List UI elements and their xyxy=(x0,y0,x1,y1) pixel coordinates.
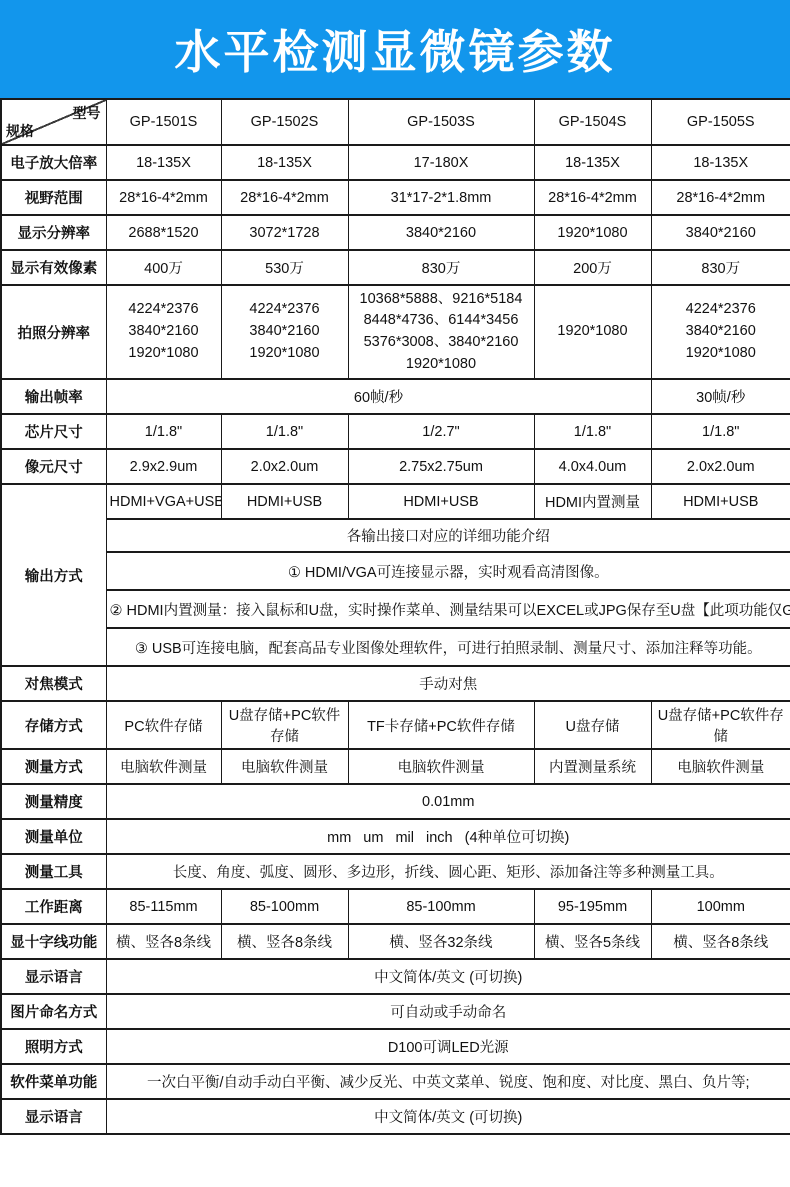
header-banner: 水平检测显微镜参数 xyxy=(0,0,790,98)
model-header: GP-1502S xyxy=(221,99,348,145)
spec-cell: 内置测量系统 xyxy=(534,749,651,784)
model-header: GP-1505S xyxy=(651,99,790,145)
spec-table: 型号 规格 GP-1501S GP-1502S GP-1503S GP-1504… xyxy=(0,98,790,1135)
row-magnification: 电子放大倍率 18-135X 18-135X 17-180X 18-135X 1… xyxy=(1,145,790,180)
row-label: 拍照分辨率 xyxy=(1,285,106,379)
spec-cell: 85-100mm xyxy=(221,889,348,924)
row-label: 视野范围 xyxy=(1,180,106,215)
row-focus-mode: 对焦模式 手动对焦 xyxy=(1,666,790,701)
model-header: GP-1504S xyxy=(534,99,651,145)
row-label: 存储方式 xyxy=(1,701,106,749)
row-output-note-2: ② HDMI内置测量：接入鼠标和U盘，实时操作菜单、测量结果可以EXCEL或JP… xyxy=(1,590,790,628)
spec-cell-merged: mm um mil inch (4种单位可切换) xyxy=(106,819,790,854)
spec-cell: 横、竖各8条线 xyxy=(106,924,221,959)
row-output-framerate: 输出帧率 60帧/秒 30帧/秒 xyxy=(1,379,790,414)
row-label: 显示语言 xyxy=(1,959,106,994)
spec-cell: U盘存储 xyxy=(534,701,651,749)
row-photo-resolution: 拍照分辨率 4224*2376 3840*2160 1920*1080 4224… xyxy=(1,285,790,379)
row-measurement-units: 测量单位 mm um mil inch (4种单位可切换) xyxy=(1,819,790,854)
spec-cell: 85-100mm xyxy=(348,889,534,924)
row-output-intro: 各输出接口对应的详细功能介绍 xyxy=(1,519,790,552)
corner-cell: 型号 规格 xyxy=(1,99,106,145)
row-image-naming: 图片命名方式 可自动或手动命名 xyxy=(1,994,790,1029)
row-label: 工作距离 xyxy=(1,889,106,924)
spec-cell-merged: 各输出接口对应的详细功能介绍 xyxy=(106,519,790,552)
spec-cell: 10368*5888、9216*5184 8448*4736、6144*3456… xyxy=(348,285,534,379)
spec-cell: 2688*1520 xyxy=(106,215,221,250)
spec-cell: 4224*2376 3840*2160 1920*1080 xyxy=(221,285,348,379)
spec-cell: 电脑软件测量 xyxy=(221,749,348,784)
row-label: 照明方式 xyxy=(1,1029,106,1064)
spec-cell: 横、竖各32条线 xyxy=(348,924,534,959)
spec-cell: 4.0x4.0um xyxy=(534,449,651,484)
row-output-note-3: ③ USB可连接电脑，配套高品专业图像处理软件，可进行拍照录制、测量尺寸、添加注… xyxy=(1,628,790,666)
spec-cell: PC软件存储 xyxy=(106,701,221,749)
spec-cell: 3840*2160 xyxy=(348,215,534,250)
row-crosshair: 显十字线功能 横、竖各8条线 横、竖各8条线 横、竖各32条线 横、竖各5条线 … xyxy=(1,924,790,959)
spec-cell: 100mm xyxy=(651,889,790,924)
row-label: 图片命名方式 xyxy=(1,994,106,1029)
row-label: 显示分辨率 xyxy=(1,215,106,250)
row-measurement-tools: 测量工具 长度、角度、弧度、圆形、多边形，折线、圆心距、矩形、添加备注等多种测量… xyxy=(1,854,790,889)
spec-cell: 400万 xyxy=(106,250,221,285)
spec-cell-merged: 中文简体/英文 (可切换) xyxy=(106,959,790,994)
spec-cell: HDMI内置测量 xyxy=(534,484,651,519)
row-display-language: 显示语言 中文简体/英文 (可切换) xyxy=(1,959,790,994)
row-illumination: 照明方式 D100可调LED光源 xyxy=(1,1029,790,1064)
row-label: 对焦模式 xyxy=(1,666,106,701)
spec-cell: 2.0x2.0um xyxy=(651,449,790,484)
row-label: 显示语言 xyxy=(1,1099,106,1134)
spec-cell-merged: 长度、角度、弧度、圆形、多边形，折线、圆心距、矩形、添加备注等多种测量工具。 xyxy=(106,854,790,889)
spec-cell-merged: 0.01mm xyxy=(106,784,790,819)
row-label: 测量方式 xyxy=(1,749,106,784)
spec-cell: 85-115mm xyxy=(106,889,221,924)
spec-note: ③ USB可连接电脑，配套高品专业图像处理软件，可进行拍照录制、测量尺寸、添加注… xyxy=(106,628,790,666)
spec-cell: 电脑软件测量 xyxy=(106,749,221,784)
spec-cell: 3072*1728 xyxy=(221,215,348,250)
row-measurement-mode: 测量方式 电脑软件测量 电脑软件测量 电脑软件测量 内置测量系统 电脑软件测量 xyxy=(1,749,790,784)
spec-cell: 17-180X xyxy=(348,145,534,180)
spec-cell: 3840*2160 xyxy=(651,215,790,250)
spec-cell: U盘存储+PC软件存储 xyxy=(651,701,790,749)
spec-cell: 4224*2376 3840*2160 1920*1080 xyxy=(651,285,790,379)
spec-cell: 横、竖各8条线 xyxy=(651,924,790,959)
spec-cell: 18-135X xyxy=(651,145,790,180)
spec-cell: HDMI+VGA+USB xyxy=(106,484,221,519)
spec-cell: 28*16-4*2mm xyxy=(651,180,790,215)
spec-cell: 1920*1080 xyxy=(534,215,651,250)
spec-cell: 2.0x2.0um xyxy=(221,449,348,484)
row-label: 软件菜单功能 xyxy=(1,1064,106,1099)
model-header: GP-1501S xyxy=(106,99,221,145)
table-header-row: 型号 规格 GP-1501S GP-1502S GP-1503S GP-1504… xyxy=(1,99,790,145)
row-label: 显示有效像素 xyxy=(1,250,106,285)
row-label: 测量工具 xyxy=(1,854,106,889)
spec-cell-merged: 一次白平衡/自动手动白平衡、减少反光、中英文菜单、锐度、饱和度、对比度、黑白、负… xyxy=(106,1064,790,1099)
row-output-interfaces: 输出方式 HDMI+VGA+USB HDMI+USB HDMI+USB HDMI… xyxy=(1,484,790,519)
row-label: 测量单位 xyxy=(1,819,106,854)
spec-cell: HDMI+USB xyxy=(651,484,790,519)
spec-cell: 830万 xyxy=(348,250,534,285)
row-label: 电子放大倍率 xyxy=(1,145,106,180)
row-display-language-2: 显示语言 中文简体/英文 (可切换) xyxy=(1,1099,790,1134)
spec-cell: 28*16-4*2mm xyxy=(106,180,221,215)
row-storage: 存储方式 PC软件存储 U盘存储+PC软件存储 TF卡存储+PC软件存储 U盘存… xyxy=(1,701,790,749)
row-label: 显十字线功能 xyxy=(1,924,106,959)
page-title: 水平检测显微镜参数 xyxy=(175,16,616,82)
spec-cell: 530万 xyxy=(221,250,348,285)
row-working-distance: 工作距离 85-115mm 85-100mm 85-100mm 95-195mm… xyxy=(1,889,790,924)
row-label: 输出方式 xyxy=(1,484,106,666)
spec-cell: 18-135X xyxy=(106,145,221,180)
spec-cell: 横、竖各5条线 xyxy=(534,924,651,959)
spec-cell: 1/1.8" xyxy=(651,414,790,449)
corner-label-spec: 规格 xyxy=(6,121,34,141)
spec-cell: 30帧/秒 xyxy=(651,379,790,414)
model-header: GP-1503S xyxy=(348,99,534,145)
spec-cell: 18-135X xyxy=(534,145,651,180)
spec-cell: 28*16-4*2mm xyxy=(534,180,651,215)
row-measurement-precision: 测量精度 0.01mm xyxy=(1,784,790,819)
spec-cell-merged: D100可调LED光源 xyxy=(106,1029,790,1064)
spec-cell: 1/2.7" xyxy=(348,414,534,449)
spec-cell: TF卡存储+PC软件存储 xyxy=(348,701,534,749)
row-display-resolution: 显示分辨率 2688*1520 3072*1728 3840*2160 1920… xyxy=(1,215,790,250)
spec-cell-merged: 手动对焦 xyxy=(106,666,790,701)
spec-cell: 横、竖各8条线 xyxy=(221,924,348,959)
spec-cell: 830万 xyxy=(651,250,790,285)
spec-cell: 1/1.8" xyxy=(534,414,651,449)
row-effective-pixels: 显示有效像素 400万 530万 830万 200万 830万 xyxy=(1,250,790,285)
spec-cell-merged: 中文简体/英文 (可切换) xyxy=(106,1099,790,1134)
spec-cell: HDMI+USB xyxy=(348,484,534,519)
spec-cell-merged: 60帧/秒 xyxy=(106,379,651,414)
spec-cell: HDMI+USB xyxy=(221,484,348,519)
spec-cell: 1/1.8" xyxy=(106,414,221,449)
row-output-note-1: ① HDMI/VGA可连接显示器，实时观看高清图像。 xyxy=(1,552,790,590)
spec-cell: 2.9x2.9um xyxy=(106,449,221,484)
spec-cell: U盘存储+PC软件存储 xyxy=(221,701,348,749)
row-label: 输出帧率 xyxy=(1,379,106,414)
row-label: 像元尺寸 xyxy=(1,449,106,484)
spec-note: ② HDMI内置测量：接入鼠标和U盘，实时操作菜单、测量结果可以EXCEL或JP… xyxy=(106,590,790,628)
spec-cell: 95-195mm xyxy=(534,889,651,924)
spec-cell: 28*16-4*2mm xyxy=(221,180,348,215)
spec-cell: 31*17-2*1.8mm xyxy=(348,180,534,215)
spec-cell: 1/1.8" xyxy=(221,414,348,449)
row-pixel-size: 像元尺寸 2.9x2.9um 2.0x2.0um 2.75x2.75um 4.0… xyxy=(1,449,790,484)
spec-cell: 200万 xyxy=(534,250,651,285)
row-field-of-view: 视野范围 28*16-4*2mm 28*16-4*2mm 31*17-2*1.8… xyxy=(1,180,790,215)
spec-cell: 1920*1080 xyxy=(534,285,651,379)
row-label: 芯片尺寸 xyxy=(1,414,106,449)
spec-cell: 电脑软件测量 xyxy=(348,749,534,784)
spec-cell: 电脑软件测量 xyxy=(651,749,790,784)
spec-cell: 2.75x2.75um xyxy=(348,449,534,484)
spec-cell-merged: 可自动或手动命名 xyxy=(106,994,790,1029)
row-software-menu: 软件菜单功能 一次白平衡/自动手动白平衡、减少反光、中英文菜单、锐度、饱和度、对… xyxy=(1,1064,790,1099)
corner-label-model: 型号 xyxy=(73,103,101,123)
spec-cell: 18-135X xyxy=(221,145,348,180)
spec-note: ① HDMI/VGA可连接显示器，实时观看高清图像。 xyxy=(106,552,790,590)
row-chip-size: 芯片尺寸 1/1.8" 1/1.8" 1/2.7" 1/1.8" 1/1.8" xyxy=(1,414,790,449)
row-label: 测量精度 xyxy=(1,784,106,819)
spec-cell: 4224*2376 3840*2160 1920*1080 xyxy=(106,285,221,379)
